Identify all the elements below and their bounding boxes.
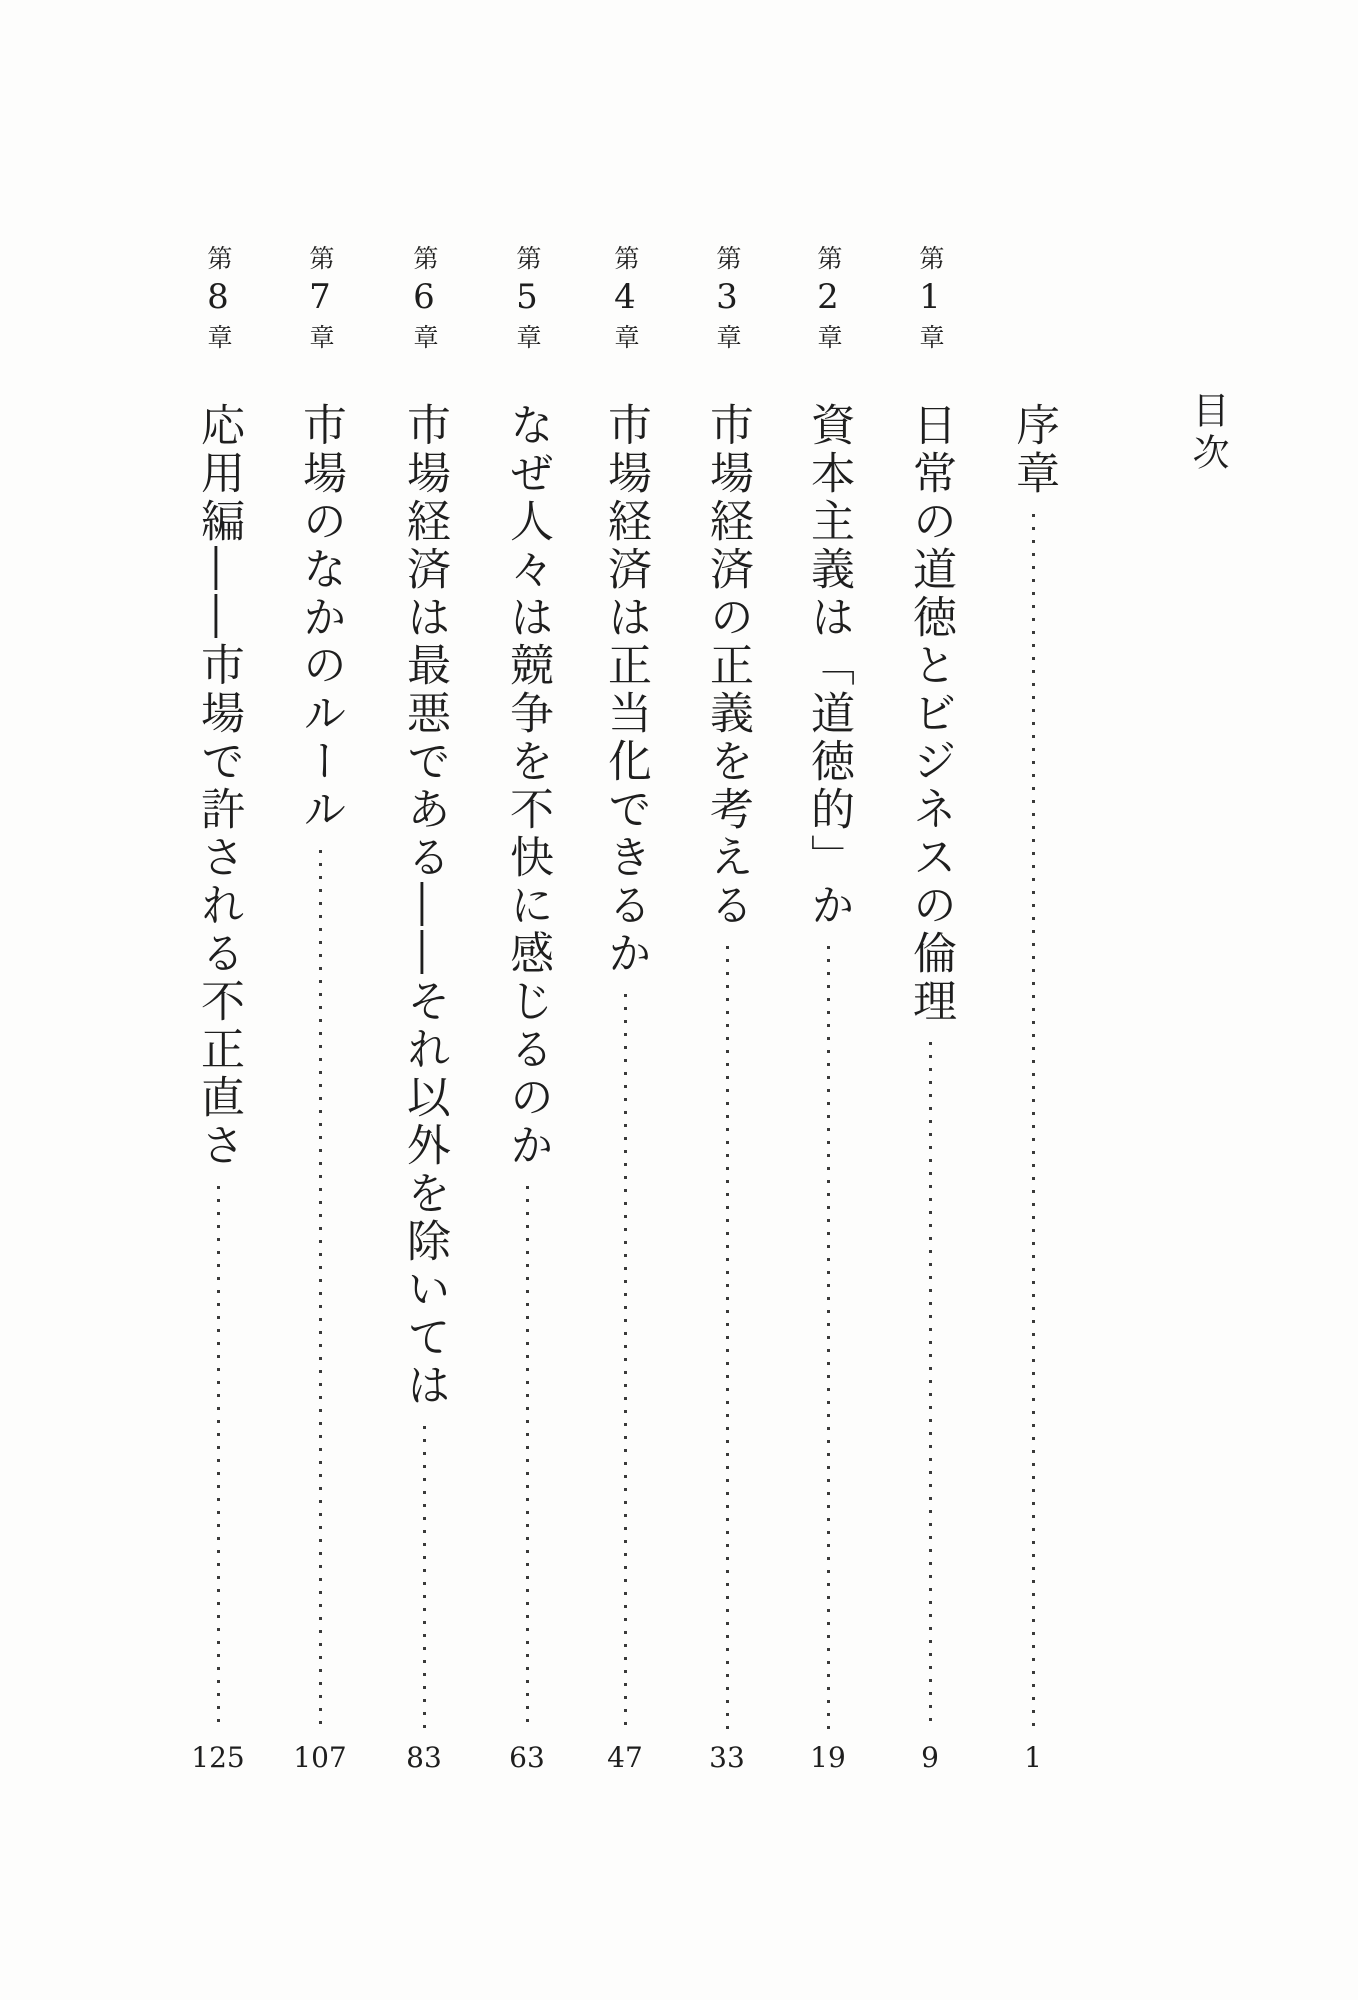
toc-entry-chapter-3: 第3章 市場経済の正義を考える 33 — [697, 245, 757, 1775]
dotted-leader — [217, 1186, 220, 1731]
entry-title: 市場経済は最悪である――それ以外を除いては — [394, 402, 454, 1410]
toc-entry-chapter-6: 第6章 市場経済は最悪である――それ以外を除いては 83 — [394, 245, 454, 1775]
chapter-prefix: 第 — [814, 245, 843, 277]
chapter-suffix: 章 — [916, 324, 945, 356]
page-number: 107 — [293, 1743, 346, 1775]
chapter-suffix: 章 — [713, 324, 742, 356]
chapter-prefix: 第 — [204, 245, 233, 277]
dotted-leader — [319, 850, 322, 1731]
entry-title: 市場のなかのルール — [290, 402, 350, 834]
toc-entry-chapter-8: 第8章 応用編――市場で許される不正直さ 125 — [188, 245, 248, 1775]
page-number: 47 — [607, 1743, 643, 1775]
entry-title: なぜ人々は競争を不快に感じるのか — [497, 402, 557, 1170]
dotted-leader — [726, 946, 729, 1731]
chapter-suffix: 章 — [814, 324, 843, 356]
toc-entry-chapter-4: 第4章 市場経済は正当化できるか 47 — [595, 245, 655, 1775]
page-number: 9 — [921, 1743, 939, 1775]
toc-entry-chapter-7: 第7章 市場のなかのルール 107 — [290, 245, 350, 1775]
chapter-label: 第1章 — [900, 245, 960, 402]
chapter-label: 第3章 — [697, 245, 757, 402]
chapter-label: 第5章 — [497, 245, 557, 402]
page-number: 83 — [406, 1743, 442, 1775]
chapter-number: 5 — [507, 277, 547, 324]
page-number: 19 — [810, 1743, 846, 1775]
chapter-number: 7 — [300, 277, 340, 324]
chapter-prefix: 第 — [611, 245, 640, 277]
dotted-leader — [423, 1426, 426, 1731]
toc-entry-chapter-2: 第2章 資本主義は「道徳的」か 19 — [798, 245, 858, 1775]
toc-entry-intro: 序章 1 — [1003, 245, 1063, 1775]
chapter-suffix: 章 — [513, 324, 542, 356]
chapter-label: 第8章 — [188, 245, 248, 402]
chapter-prefix: 第 — [306, 245, 335, 277]
dotted-leader — [526, 1186, 529, 1731]
toc-entry-chapter-5: 第5章 なぜ人々は競争を不快に感じるのか 63 — [497, 245, 557, 1775]
toc-entry-chapter-1: 第1章 日常の道徳とビジネスの倫理 9 — [900, 245, 960, 1775]
entry-title: 市場経済の正義を考える — [697, 402, 757, 930]
chapter-suffix: 章 — [204, 324, 233, 356]
chapter-label: 第4章 — [595, 245, 655, 402]
entry-title: 市場経済は正当化できるか — [595, 402, 655, 978]
chapter-suffix: 章 — [306, 324, 335, 356]
toc-page: 目次 序章 1 第1章 日常の道徳とビジネスの倫理 9 第2章 資本主義は「道徳… — [0, 0, 1358, 2000]
chapter-number: 2 — [808, 277, 848, 324]
page-number: 1 — [1024, 1743, 1042, 1775]
chapter-label: 第6章 — [394, 245, 454, 402]
page-number: 63 — [509, 1743, 545, 1775]
chapter-number: 4 — [605, 277, 645, 324]
entry-title: 応用編――市場で許される不正直さ — [188, 402, 248, 1170]
chapter-number: 3 — [707, 277, 747, 324]
dotted-leader — [827, 946, 830, 1731]
entry-title: 日常の道徳とビジネスの倫理 — [900, 402, 960, 1026]
chapter-number: 1 — [910, 277, 950, 324]
dotted-leader — [624, 994, 627, 1731]
chapter-prefix: 第 — [410, 245, 439, 277]
chapter-number: 8 — [198, 277, 238, 324]
entry-title: 序章 — [1003, 402, 1063, 498]
chapter-number: 6 — [404, 277, 444, 324]
chapter-suffix: 章 — [410, 324, 439, 356]
page-number: 125 — [191, 1743, 244, 1775]
page-title: 目次 — [1176, 391, 1234, 475]
chapter-label: 第2章 — [798, 245, 858, 402]
dotted-leader — [929, 1042, 932, 1731]
page-number: 33 — [709, 1743, 745, 1775]
entry-title: 資本主義は「道徳的」か — [798, 402, 858, 930]
chapter-prefix: 第 — [713, 245, 742, 277]
chapter-suffix: 章 — [611, 324, 640, 356]
chapter-label: 第7章 — [290, 245, 350, 402]
dotted-leader — [1032, 514, 1035, 1731]
chapter-prefix: 第 — [513, 245, 542, 277]
chapter-prefix: 第 — [916, 245, 945, 277]
